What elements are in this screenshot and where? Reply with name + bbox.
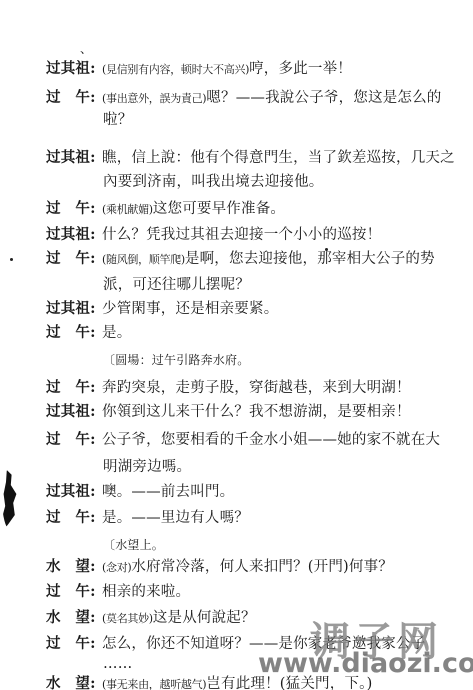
dialogue-line: 过 午:(事出意外，誤为責己)嗯？——我說公子爷，您这是怎么的 bbox=[46, 90, 442, 107]
stage-direction: (事无来由，越听越气) bbox=[102, 678, 206, 690]
dialogue-text: 水府常冷落，何人来扣門？(开門)何事？ bbox=[131, 559, 393, 575]
dialogue-text: 嗯？——我說公子爷，您这是怎么的 bbox=[206, 90, 441, 106]
dialogue-text: 相亲的来啦。 bbox=[102, 584, 190, 600]
dialogue-text: 奔趵突泉，走剪子股，穿街越巷，来到大明湖！ bbox=[102, 380, 411, 396]
dialogue-line: 水 望:(莫名其妙)这是从何說起？ bbox=[46, 610, 256, 627]
dialogue-text: 是啊，您去迎接他，那宰相大公子的势 bbox=[185, 251, 435, 267]
dialogue-line: 过 午:是。——里边有人嗎？ bbox=[46, 510, 249, 526]
speaker-name: 过 午: bbox=[46, 432, 102, 448]
speaker-name: 过 午: bbox=[46, 325, 102, 341]
dialogue-text: 是。 bbox=[102, 325, 131, 341]
speaker-name: 过 午: bbox=[46, 510, 102, 526]
scan-speck bbox=[10, 258, 13, 261]
dialogue-text: 这是从何說起？ bbox=[153, 610, 256, 626]
speaker-name: 水 望: bbox=[46, 559, 102, 575]
dialogue-line: 水 望:(念对)水府常冷落，何人来扣門？(开門)何事？ bbox=[46, 559, 393, 576]
speaker-name: 过其祖: bbox=[46, 301, 102, 317]
top-mark: 、 bbox=[80, 40, 92, 57]
dialogue-text: 这您可要早作准备。 bbox=[153, 201, 285, 217]
dialogue-continuation: 內要到济南，叫我出境去迎接他。 bbox=[103, 174, 324, 190]
dialogue-text: 噢。——前去叫門。 bbox=[102, 484, 234, 500]
stage-direction: (事出意外，誤为責己) bbox=[102, 92, 206, 105]
speaker-name: 水 望: bbox=[46, 610, 102, 626]
dialogue-line: 过 午:公子爷，您要相看的千金水小姐——她的家不就在大 bbox=[46, 432, 440, 448]
ink-smudge bbox=[2, 470, 18, 530]
dialogue-line: 过其祖:少管閑事，还是相亲要紧。 bbox=[46, 301, 278, 317]
speaker-name: 过其祖: bbox=[46, 150, 102, 166]
script-page: 、 过其祖:(見信别有内容，顿时大不高兴)哼，多此一举！ 过 午:(事出意外，誤… bbox=[0, 0, 473, 690]
scan-speck bbox=[325, 248, 328, 251]
stage-direction: (念对) bbox=[102, 561, 131, 574]
speaker-name: 过其祖: bbox=[46, 404, 102, 420]
dialogue-text: 你領到这儿来干什么？我不想游湖，是要相亲！ bbox=[102, 404, 411, 420]
dialogue-line: 过 午:相亲的来啦。 bbox=[46, 584, 190, 600]
speaker-name: 过其祖: bbox=[46, 484, 102, 500]
stage-direction: (随风倒，顺竿爬) bbox=[102, 253, 185, 266]
speaker-name: 过 午: bbox=[46, 380, 102, 396]
dialogue-continuation: 明湖旁边嗎。 bbox=[103, 459, 191, 475]
dialogue-text: 什么？凭我过其祖去迎接一个小小的巡按！ bbox=[102, 227, 381, 243]
dialogue-continuation: 派，可还往哪儿摆呢？ bbox=[103, 277, 250, 293]
dialogue-line: 过 午:(随风倒，顺竿爬)是啊，您去迎接他，那宰相大公子的势 bbox=[46, 251, 435, 268]
speaker-name: 过 午: bbox=[46, 636, 102, 652]
dialogue-line: 过其祖:瞧，信上說：他有个得意門生，当了欽差巡按，几天之 bbox=[46, 150, 455, 166]
dialogue-line: 过 午:是。 bbox=[46, 325, 131, 341]
dialogue-text: 哼，多此一举！ bbox=[249, 61, 352, 77]
dialogue-text: 少管閑事，还是相亲要紧。 bbox=[102, 301, 278, 317]
stage-direction: (乘机献媚) bbox=[102, 203, 153, 216]
speaker-name: 过其祖: bbox=[46, 61, 102, 77]
dialogue-line: 过其祖:噢。——前去叫門。 bbox=[46, 484, 234, 500]
dialogue-text: 瞧，信上說：他有个得意門生，当了欽差巡按，几天之 bbox=[102, 150, 455, 166]
dialogue-line: 过 午:(乘机献媚)这您可要早作准备。 bbox=[46, 201, 285, 218]
dialogue-continuation: 啦？ bbox=[103, 112, 132, 128]
watermark-url: www.diaozi.com bbox=[258, 648, 473, 679]
stage-note: 〔圆場：过午引路奔水府。 bbox=[103, 352, 249, 368]
stage-direction: (見信别有内容，顿时大不高兴) bbox=[102, 63, 249, 76]
speaker-name: 水 望: bbox=[46, 676, 102, 690]
speaker-name: 过 午: bbox=[46, 90, 102, 106]
dialogue-continuation: …… bbox=[103, 656, 132, 672]
speaker-name: 过其祖: bbox=[46, 227, 102, 243]
speaker-name: 过 午: bbox=[46, 584, 102, 600]
dialogue-text: 是。——里边有人嗎？ bbox=[102, 510, 249, 526]
dialogue-line: 过其祖:你領到这儿来干什么？我不想游湖，是要相亲！ bbox=[46, 404, 411, 420]
dialogue-line: 过其祖:什么？凭我过其祖去迎接一个小小的巡按！ bbox=[46, 227, 381, 243]
speaker-name: 过 午: bbox=[46, 251, 102, 267]
dialogue-line: 过其祖:(見信别有内容，顿时大不高兴)哼，多此一举！ bbox=[46, 61, 352, 78]
stage-direction: (莫名其妙) bbox=[102, 612, 153, 625]
dialogue-line: 过 午:奔趵突泉，走剪子股，穿街越巷，来到大明湖！ bbox=[46, 380, 411, 396]
stage-note: 〔水望上。 bbox=[103, 537, 164, 553]
speaker-name: 过 午: bbox=[46, 201, 102, 217]
dialogue-text: 公子爷，您要相看的千金水小姐——她的家不就在大 bbox=[102, 432, 440, 448]
